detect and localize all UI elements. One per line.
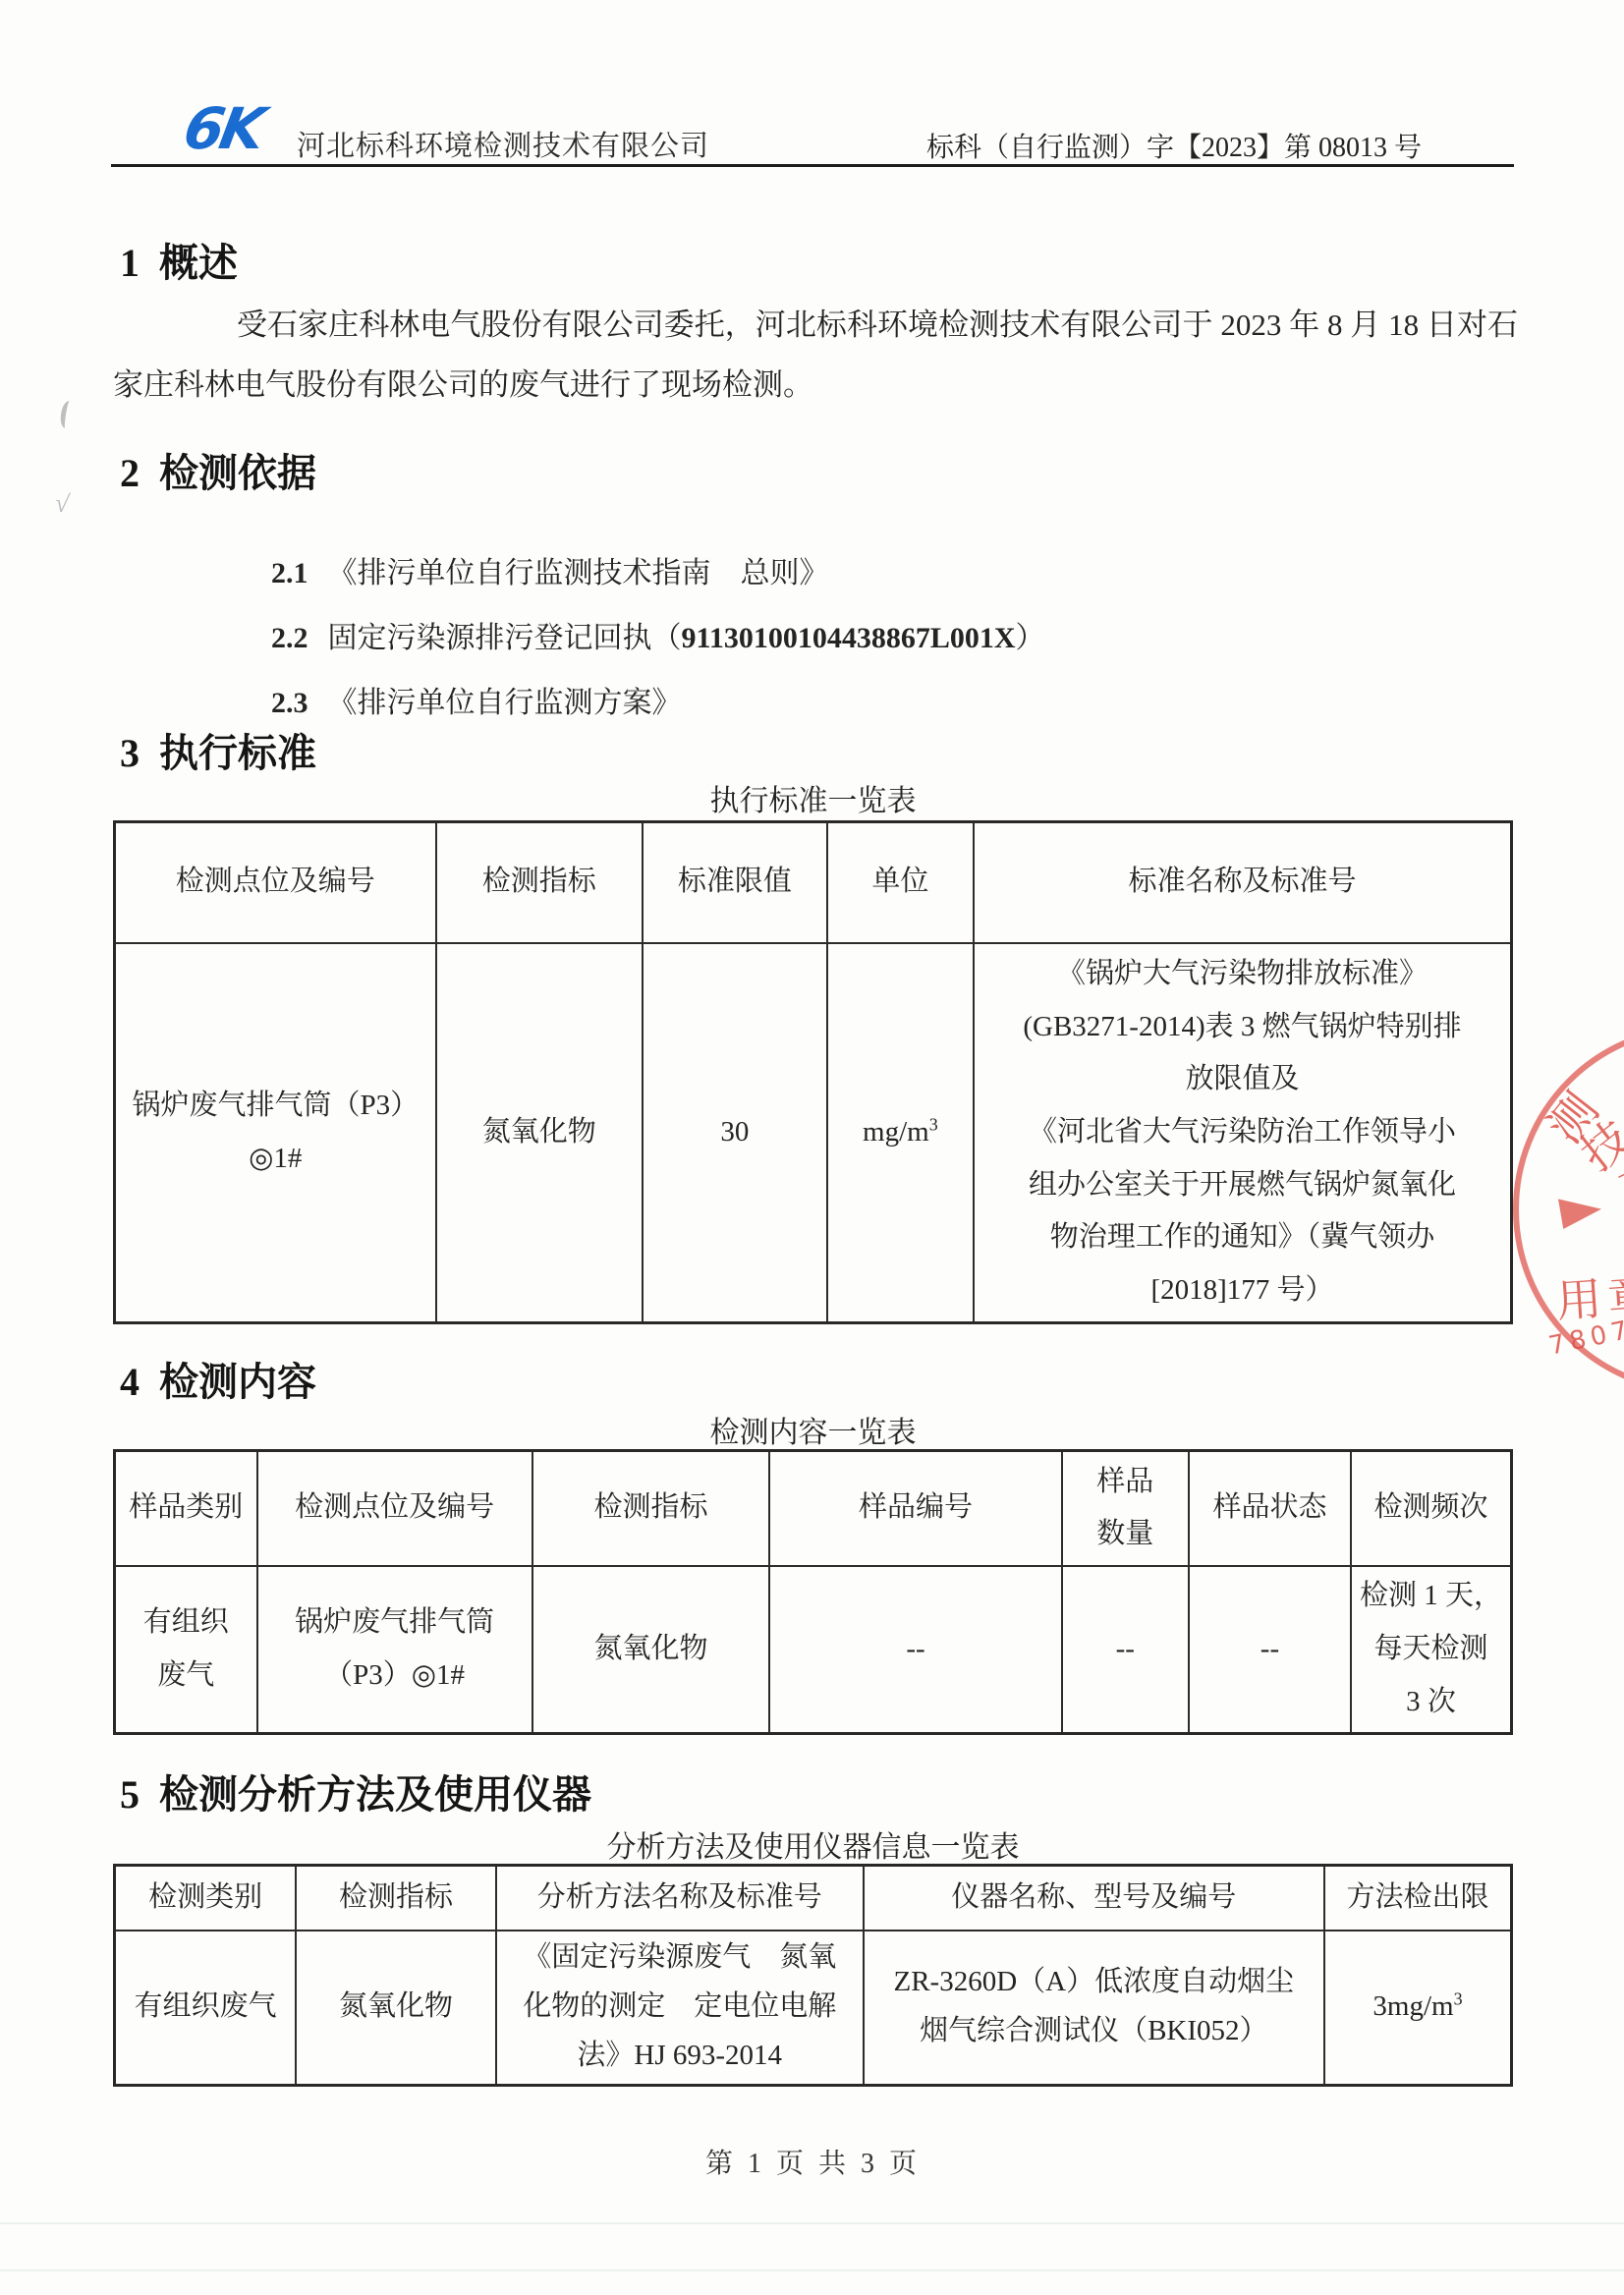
column-header: 检测点位及编号 [115,822,436,943]
basis-item-number: 2.3 [271,687,308,719]
section-3-title: 3 执行标准 [120,722,316,778]
cell-method: 《固定污染源废气 氮氧 化物的测定 定电位电解 法》HJ 693-2014 [496,1931,864,2086]
column-header: 样品类别 [115,1451,257,1566]
cell-status: -- [1189,1566,1351,1734]
section-1-title: 1 概述 [120,232,238,288]
column-header: 样品编号 [769,1451,1061,1566]
cell-standard: 《锅炉大气污染物排放标准》 (GB3271-2014)表 3 燃气锅炉特别排 放… [974,943,1512,1323]
content-table-caption: 检测内容一览表 [113,1408,1513,1451]
limit-superscript: 3 [1454,1989,1463,2009]
company-logo-icon: 6K [180,98,294,159]
methods-table: 检测类别 检测指标 分析方法名称及标准号 仪器名称、型号及编号 方法检出限 有组… [113,1864,1513,2087]
cell-point: 锅炉废气排气筒（P3） ◎1# [115,943,436,1323]
basis-item-text: ） [1016,622,1045,654]
column-header: 检测指标 [532,1451,770,1566]
page-footer: 第 1 页 共 3 页 [113,2142,1513,2181]
cell-indicator: 氮氧化物 [532,1566,770,1734]
column-header: 样品状态 [1189,1451,1351,1566]
column-header: 样品 数量 [1062,1451,1189,1566]
cell-quantity: -- [1062,1566,1189,1734]
table-row: 有组织 废气 锅炉废气排气筒 （P3）◎1# 氮氧化物 -- -- -- 检测 … [115,1566,1512,1734]
scan-artifact-line [0,2222,1624,2224]
header-divider [111,164,1514,167]
report-page: 6K 河北标科环境检测技术有限公司 标科（自行监测）字【2023】第 08013… [0,0,1624,2295]
basis-item-text: 《排污单位自行监测方案》 [328,687,682,719]
standards-table-caption: 执行标准一览表 [113,776,1513,819]
cell-point: 锅炉废气排气筒 （P3）◎1# [257,1566,532,1734]
column-header: 方法检出限 [1324,1866,1512,1931]
margin-smudge [59,400,76,429]
column-header: 单位 [827,822,974,943]
company-name: 河北标科环境检测技术有限公司 [297,124,709,164]
document-number: 标科（自行监测）字【2023】第 08013 号 [926,126,1422,165]
margin-smudge: √ [53,488,71,520]
column-header: 检测指标 [296,1866,495,1931]
content-table: 样品类别 检测点位及编号 检测指标 样品编号 样品 数量 样品状态 检测频次 有… [113,1449,1513,1735]
scan-artifact-line [0,2269,1624,2271]
column-header: 检测类别 [115,1866,297,1931]
column-header: 标准限值 [643,822,827,943]
cell-indicator: 氮氧化物 [296,1931,495,2086]
seal-star-icon [1558,1196,1601,1229]
column-header: 检测指标 [436,822,643,943]
cell-category: 有组织 废气 [115,1566,257,1734]
cell-unit: mg/m3 [827,943,974,1323]
column-header: 分析方法名称及标准号 [496,1866,864,1931]
cell-instrument: ZR-3260D（A）低浓度自动烟尘 烟气综合测试仪（BKI052） [864,1931,1324,2086]
unit-text: mg/m [863,1116,929,1147]
column-header: 检测频次 [1351,1451,1512,1566]
table-row: 有组织废气 氮氧化物 《固定污染源废气 氮氧 化物的测定 定电位电解 法》HJ … [115,1931,1512,2086]
standards-table: 检测点位及编号 检测指标 标准限值 单位 标准名称及标准号 锅炉废气排气筒（P3… [113,820,1513,1324]
section-1-paragraph: 受石家庄科林电气股份有限公司委托，河北标科环境检测技术有限公司于 2023 年 … [113,295,1518,415]
column-header: 仪器名称、型号及编号 [864,1866,1324,1931]
cell-category: 有组织废气 [115,1931,297,2086]
cell-indicator: 氮氧化物 [436,943,643,1323]
cell-detection-limit: 3mg/m3 [1324,1931,1512,2086]
column-header: 检测点位及编号 [257,1451,532,1566]
official-seal-stamp: 测 技 术 用章 7807 [1513,1025,1624,1394]
table-header-row: 检测点位及编号 检测指标 标准限值 单位 标准名称及标准号 [115,822,1512,943]
section-2-title: 2 检测依据 [120,442,316,498]
unit-superscript: 3 [929,1114,938,1134]
methods-table-caption: 分析方法及使用仪器信息一览表 [113,1822,1513,1866]
column-header: 标准名称及标准号 [974,822,1512,943]
table-row: 锅炉废气排气筒（P3） ◎1# 氮氧化物 30 mg/m3 《锅炉大气污染物排放… [115,943,1512,1323]
registration-code: 91130100104438867L001X [682,622,1016,654]
limit-text: 3mg/m [1372,1990,1453,2022]
cell-sample-no: -- [769,1566,1061,1734]
table-header-row: 检测类别 检测指标 分析方法名称及标准号 仪器名称、型号及编号 方法检出限 [115,1866,1512,1931]
table-header-row: 样品类别 检测点位及编号 检测指标 样品编号 样品 数量 样品状态 检测频次 [115,1451,1512,1566]
section-5-title: 5 检测分析方法及使用仪器 [120,1763,591,1819]
section-4-title: 4 检测内容 [120,1351,316,1407]
cell-limit: 30 [643,943,827,1323]
cell-frequency: 检测 1 天， 每天检测 3 次 [1351,1566,1512,1734]
